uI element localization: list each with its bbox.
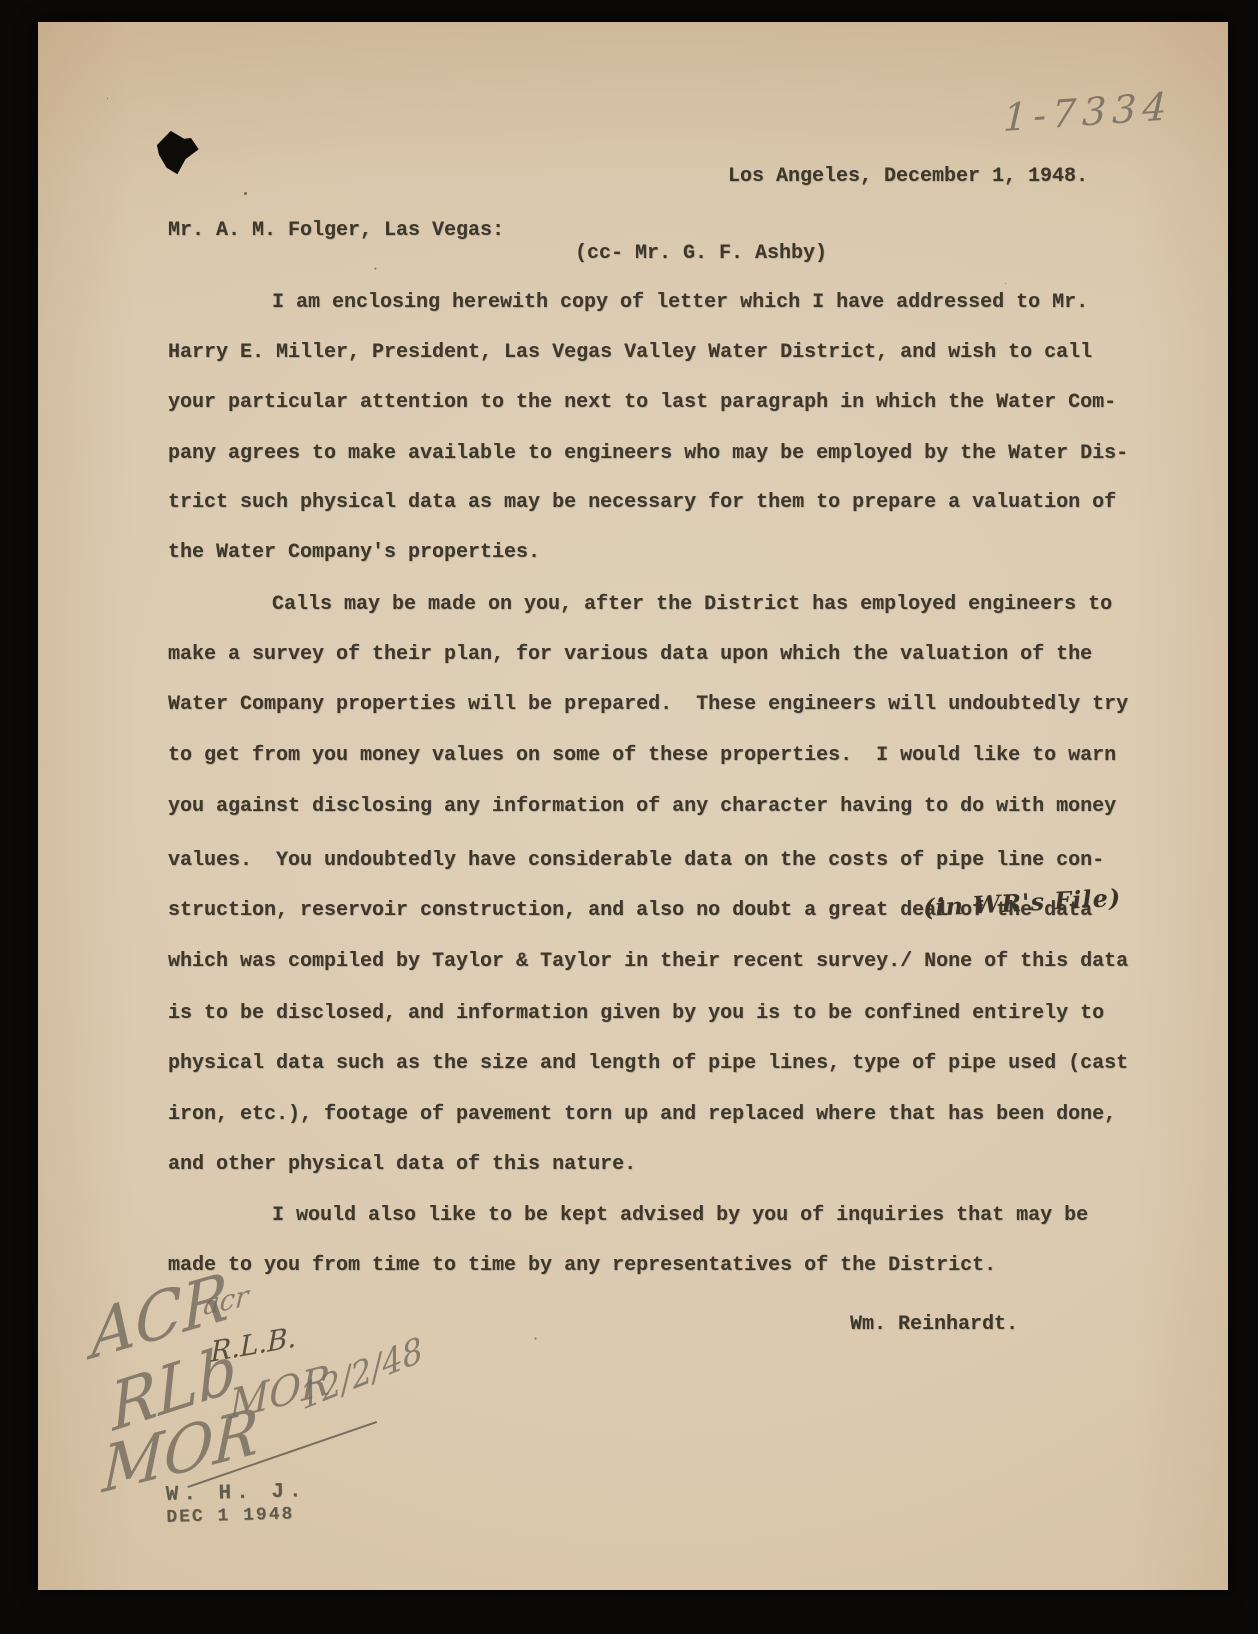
body-line: iron, etc.), footage of pavement torn up…: [168, 1102, 1116, 1128]
body-line: the Water Company's properties.: [168, 540, 540, 566]
stamp-date: DEC 1 1948: [166, 1504, 307, 1528]
body-line: and other physical data of this nature.: [168, 1152, 636, 1178]
body-line: to get from you money values on some of …: [168, 743, 1116, 769]
handwritten-catalog-number: 1-7334: [1002, 84, 1173, 140]
body-line: values. You undoubtedly have considerabl…: [168, 848, 1104, 874]
body-line: I am enclosing herewith copy of letter w…: [168, 290, 1088, 316]
body-line: make a survey of their plan, for various…: [168, 642, 1092, 668]
body-line: I would also like to be kept advised by …: [168, 1203, 1088, 1229]
punch-hole: [153, 129, 200, 176]
signature: Wm. Reinhardt.: [850, 1312, 1018, 1338]
body-line: you against disclosing any information o…: [168, 794, 1116, 820]
body-line: trict such physical data as may be neces…: [168, 490, 1116, 516]
recipient-line: Mr. A. M. Folger, Las Vegas:: [168, 218, 504, 244]
letter-page: 1-7334 Los Angeles, December 1, 1948. Mr…: [38, 22, 1228, 1590]
body-line: is to be disclosed, and information give…: [168, 1001, 1104, 1027]
body-line: Calls may be made on you, after the Dist…: [168, 592, 1112, 618]
cc-line: (cc- Mr. G. F. Ashby): [575, 241, 827, 267]
body-line: Water Company properties will be prepare…: [168, 692, 1128, 718]
body-line: made to you from time to time by any rep…: [168, 1253, 996, 1279]
received-stamp: W. H. J. DEC 1 1948: [165, 1480, 307, 1528]
body-line: which was compiled by Taylor & Taylor in…: [168, 949, 1128, 975]
body-line: physical data such as the size and lengt…: [168, 1051, 1128, 1077]
stamp-initials: W. H. J.: [165, 1480, 306, 1507]
paper-specks: [244, 192, 247, 195]
body-line: pany agrees to make available to enginee…: [168, 441, 1128, 467]
body-line: your particular attention to the next to…: [168, 390, 1116, 416]
dateline: Los Angeles, December 1, 1948.: [728, 164, 1088, 190]
body-line: Harry E. Miller, President, Las Vegas Va…: [168, 340, 1092, 366]
